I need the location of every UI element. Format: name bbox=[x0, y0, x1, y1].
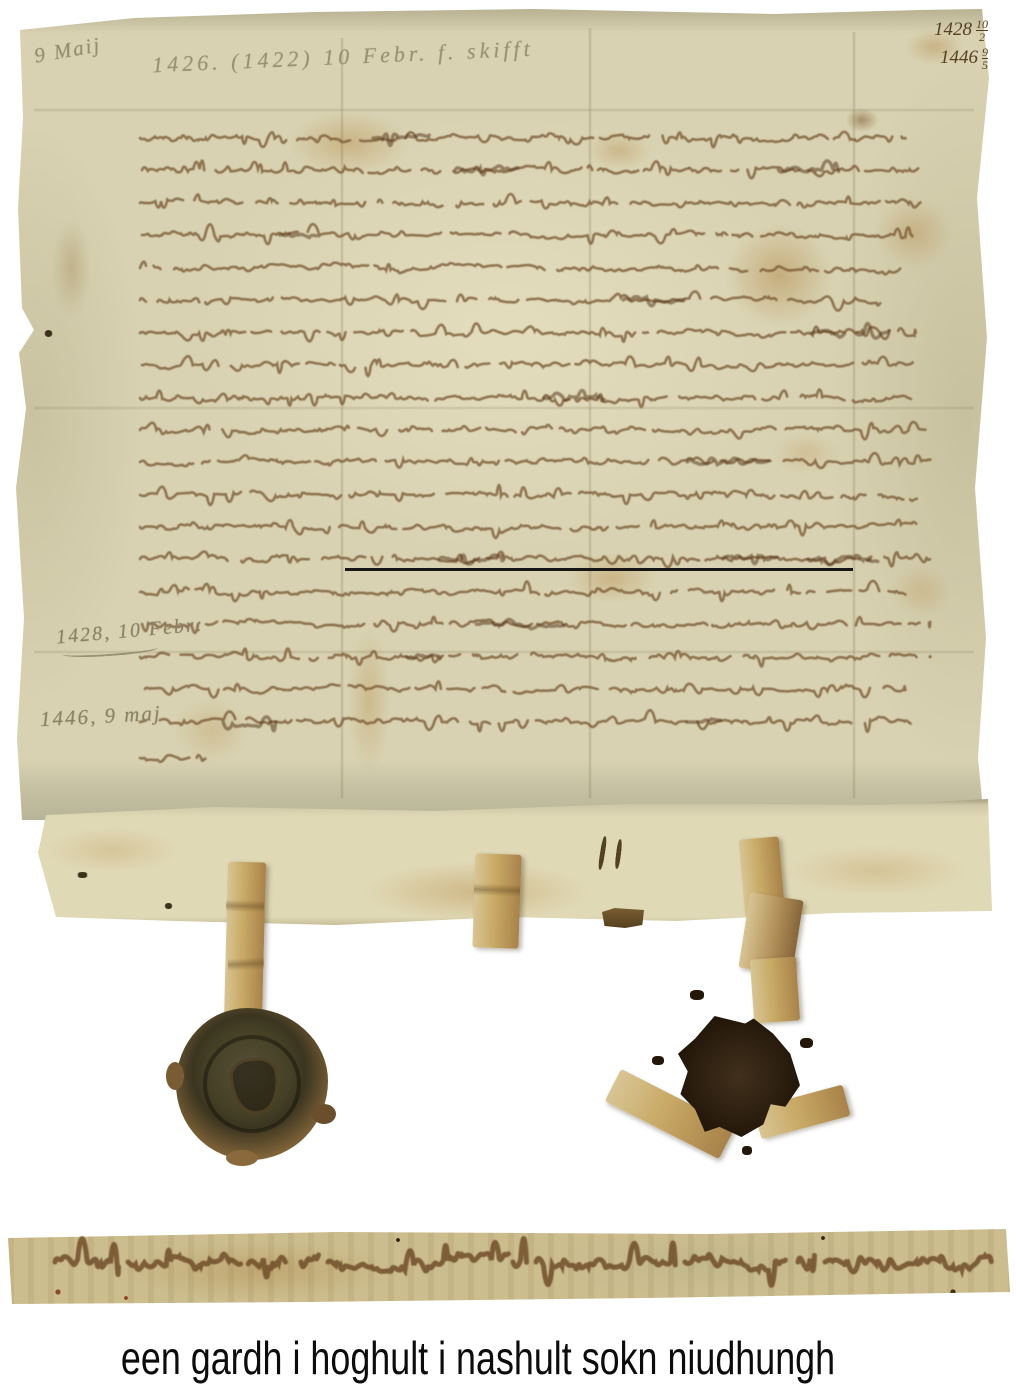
parchment-sheet bbox=[14, 8, 996, 820]
underline-annotation: een gardh i hoghult i nashult sokn i niu… bbox=[345, 568, 853, 571]
archival-ref-year: 1446 bbox=[940, 47, 978, 68]
seal-tag-middle bbox=[472, 853, 521, 949]
parchment-hole bbox=[44, 330, 53, 337]
archival-ref-row: 144695 bbox=[934, 44, 988, 72]
parchment-stain bbox=[859, 183, 969, 283]
caption-transcription: een gardh i hoghult i nashult sokn niudh… bbox=[105, 1332, 851, 1384]
parchment-stain bbox=[159, 683, 264, 778]
wax-seal-left-edge bbox=[166, 1062, 184, 1090]
wax-seal-left-edge bbox=[226, 1150, 258, 1166]
wax-seal-right-fragment bbox=[742, 1146, 752, 1155]
archival-ref-year: 1428 bbox=[934, 19, 972, 40]
fold-crease bbox=[340, 38, 344, 798]
wax-seal-right-fragment bbox=[652, 1056, 664, 1065]
archival-ref-fraction: 102 bbox=[976, 19, 988, 43]
archival-ref-fraction: 95 bbox=[982, 47, 988, 71]
seal-tag-right bbox=[750, 956, 800, 1023]
seal-tag-left-fold bbox=[226, 900, 264, 913]
parchment-stain bbox=[549, 543, 674, 613]
plica-hole bbox=[76, 872, 89, 878]
wax-seal-left bbox=[176, 1008, 328, 1160]
plica-hole bbox=[164, 903, 173, 909]
wax-seal-right-fragment bbox=[690, 990, 704, 1000]
manuscript-excerpt-strip: een gardh i hoghult i nashult sokn i niu… bbox=[8, 1228, 1010, 1306]
fold-crease bbox=[34, 406, 974, 410]
parchment-stain bbox=[44, 198, 99, 338]
plica-tab-remnant bbox=[602, 908, 644, 928]
parchment-stain bbox=[704, 203, 854, 348]
seal-tag-left-fold bbox=[228, 957, 265, 971]
fold-crease bbox=[588, 28, 592, 798]
seal-tag-left bbox=[224, 862, 266, 1023]
parchment-stain bbox=[759, 423, 854, 483]
wax-seal-left-edge bbox=[312, 1104, 336, 1124]
charter-photograph: een gardh i hoghult i nashult sokn i niu… bbox=[0, 0, 1016, 1386]
archival-reference-numbers: 1428102 144695 bbox=[934, 16, 988, 72]
fold-crease bbox=[34, 108, 974, 112]
fold-crease bbox=[34, 650, 974, 654]
parchment-stain bbox=[879, 553, 964, 628]
fold-crease bbox=[852, 32, 856, 798]
seal-tag-middle-fold bbox=[474, 883, 520, 897]
archival-ref-row: 1428102 bbox=[934, 16, 988, 44]
wax-seal-right-fragment bbox=[800, 1038, 813, 1048]
parchment-stain bbox=[339, 598, 399, 803]
